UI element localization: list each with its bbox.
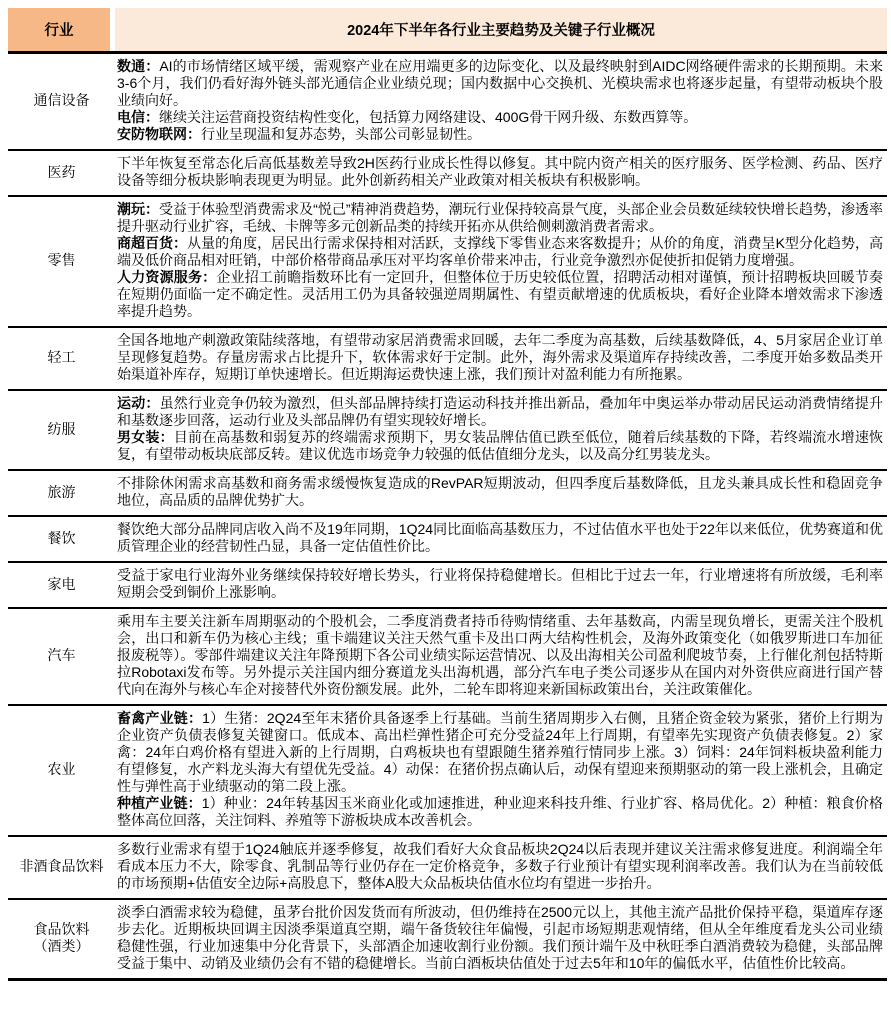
industry-label: 旅游 — [8, 474, 115, 510]
industry-overview-cell: 数通：AI的市场情绪区域平缓，需观察产业在应用端更多的边际变化、以及最终映射到A… — [115, 57, 887, 144]
subsector-label: 电信： — [117, 109, 159, 125]
industry-label: 纺服 — [8, 394, 115, 464]
subsector-label: 潮玩： — [117, 201, 159, 217]
subsector-label: 人力资源服务： — [117, 269, 216, 285]
trend-paragraph: 安防物联网：行业呈现温和复苏态势，头部公司彰显韧性。 — [117, 126, 883, 143]
table-row: 零售 潮玩：受益于体验型消费需求及“悦己”精神消费趋势，潮玩行业保持较高景气度，… — [8, 197, 887, 328]
trend-paragraph: 男女装：目前在高基数和弱复苏的终端需求预期下，男女装品牌估值已跌至低位，随着后续… — [117, 429, 883, 463]
subsector-label: 男女装： — [117, 429, 174, 445]
trend-paragraph: 餐饮绝大部分品牌同店收入尚不及19年同期，1Q24同比面临高基数压力，不过估值水… — [117, 521, 883, 555]
industry-overview-cell: 潮玩：受益于体验型消费需求及“悦己”精神消费趋势，潮玩行业保持较高景气度，头部企… — [115, 200, 887, 321]
industry-label: 通信设备 — [8, 57, 115, 144]
industry-label: 汽车 — [8, 612, 115, 699]
industry-overview-cell: 运动：虽然行业竞争仍较为激烈，但头部品牌持续打造运动科技并推出新品，叠加年中奥运… — [115, 394, 887, 464]
industry-overview-cell: 全国各地地产刺激政策陆续落地，有望带动家居消费需求回暖，去年二季度为高基数，后续… — [115, 331, 887, 384]
industry-overview-cell: 多数行业需求有望于1Q24触底并逐季修复，故我们看好大众食品板块2Q24以后表现… — [115, 840, 887, 893]
trend-paragraph: 数通：AI的市场情绪区域平缓，需观察产业在应用端更多的边际变化、以及最终映射到A… — [117, 58, 883, 109]
industry-overview-cell: 受益于家电行业海外业务继续保持较好增长势头，行业将保持稳健增长。但相比于过去一年… — [115, 566, 887, 602]
trend-paragraph: 不排除休闲需求高基数和商务需求缓慢恢复造成的RevPAR短期波动，但四季度后基数… — [117, 475, 883, 509]
trend-paragraph: 受益于家电行业海外业务继续保持较好增长势头，行业将保持稳健增长。但相比于过去一年… — [117, 567, 883, 601]
trend-paragraph: 全国各地地产刺激政策陆续落地，有望带动家居消费需求回暖，去年二季度为高基数，后续… — [117, 332, 883, 383]
report-page: 行业 2024年下半年各行业主要趋势及关键子行业概况 通信设备 数通：AI的市场… — [0, 0, 891, 987]
table-row: 食品饮料 （酒类） 淡季白酒需求较为稳健，虽茅台批价因发货而有所波动，但仍维持在… — [8, 900, 887, 981]
industry-overview-cell: 下半年恢复至常态化后高低基数差导致2H医药行业成长性得以修复。其中院内资产相关的… — [115, 154, 887, 190]
industry-overview-cell: 不排除休闲需求高基数和商务需求缓慢恢复造成的RevPAR短期波动，但四季度后基数… — [115, 474, 887, 510]
trend-paragraph: 畜禽产业链：1）生猪：2Q24至年末猪价具备逐季上行基础。当前生猪周期步入右侧，… — [117, 710, 883, 795]
subsector-label: 运动： — [117, 395, 160, 411]
table-row: 餐饮 餐饮绝大部分品牌同店收入尚不及19年同期，1Q24同比面临高基数压力，不过… — [8, 517, 887, 563]
table-row: 汽车 乘用车主要关注新车周期驱动的个股机会，二季度消费者持币待购情绪重、去年基数… — [8, 609, 887, 706]
industry-overview-cell: 淡季白酒需求较为稳健，虽茅台批价因发货而有所波动，但仍维持在2500元以上，其他… — [115, 903, 887, 973]
industry-label: 农业 — [8, 709, 115, 830]
subsector-label: 畜禽产业链： — [117, 710, 202, 726]
table-row: 通信设备 数通：AI的市场情绪区域平缓，需观察产业在应用端更多的边际变化、以及最… — [8, 54, 887, 151]
trend-paragraph: 潮玩：受益于体验型消费需求及“悦己”精神消费趋势，潮玩行业保持较高景气度，头部企… — [117, 201, 883, 235]
industry-label: 家电 — [8, 566, 115, 602]
table-row: 农业 畜禽产业链：1）生猪：2Q24至年末猪价具备逐季上行基础。当前生猪周期步入… — [8, 706, 887, 837]
trend-paragraph: 种植产业链：1）种业：24年转基因玉米商业化或加速推进，种业迎来科技升维、行业扩… — [117, 795, 883, 829]
industry-overview-cell: 乘用车主要关注新车周期驱动的个股机会，二季度消费者持币待购情绪重、去年基数高，内… — [115, 612, 887, 699]
table-body: 通信设备 数通：AI的市场情绪区域平缓，需观察产业在应用端更多的边际变化、以及最… — [8, 54, 887, 981]
table-header-row: 行业 2024年下半年各行业主要趋势及关键子行业概况 — [8, 8, 887, 54]
table-row: 非酒食品饮料 多数行业需求有望于1Q24触底并逐季修复，故我们看好大众食品板块2… — [8, 837, 887, 900]
header-industry-cell: 行业 — [8, 8, 110, 51]
subsector-label: 数通： — [117, 58, 159, 74]
header-overview-cell: 2024年下半年各行业主要趋势及关键子行业概况 — [115, 8, 887, 51]
industry-label: 医药 — [8, 154, 115, 190]
trend-paragraph: 运动：虽然行业竞争仍较为激烈，但头部品牌持续打造运动科技并推出新品，叠加年中奥运… — [117, 395, 883, 429]
table-row: 旅游 不排除休闲需求高基数和商务需求缓慢恢复造成的RevPAR短期波动，但四季度… — [8, 471, 887, 517]
trend-paragraph: 电信：继续关注运营商投资结构性变化，包括算力网络建设、400G骨干网升级、东数西… — [117, 109, 883, 126]
table-row: 纺服 运动：虽然行业竞争仍较为激烈，但头部品牌持续打造运动科技并推出新品，叠加年… — [8, 391, 887, 471]
industry-label: 餐饮 — [8, 520, 115, 556]
industry-label: 轻工 — [8, 331, 115, 384]
trend-paragraph: 商超百货：从量的角度，居民出行需求保持相对活跃，支撑线下零售业态来客数提升；从价… — [117, 235, 883, 269]
trend-paragraph: 乘用车主要关注新车周期驱动的个股机会，二季度消费者持币待购情绪重、去年基数高，内… — [117, 613, 883, 698]
industry-overview-cell: 餐饮绝大部分品牌同店收入尚不及19年同期，1Q24同比面临高基数压力，不过估值水… — [115, 520, 887, 556]
trend-paragraph: 多数行业需求有望于1Q24触底并逐季修复，故我们看好大众食品板块2Q24以后表现… — [117, 841, 883, 892]
trend-paragraph: 淡季白酒需求较为稳健，虽茅台批价因发货而有所波动，但仍维持在2500元以上，其他… — [117, 904, 883, 972]
industry-label: 零售 — [8, 200, 115, 321]
table-row: 家电 受益于家电行业海外业务继续保持较好增长势头，行业将保持稳健增长。但相比于过… — [8, 563, 887, 609]
industry-overview-cell: 畜禽产业链：1）生猪：2Q24至年末猪价具备逐季上行基础。当前生猪周期步入右侧，… — [115, 709, 887, 830]
industry-trends-table: 行业 2024年下半年各行业主要趋势及关键子行业概况 通信设备 数通：AI的市场… — [8, 8, 887, 981]
trend-paragraph: 人力资源服务：企业招工前瞻指数环比有一定回升，但整体位于历史较低位置，招聘活动相… — [117, 269, 883, 320]
trend-paragraph: 下半年恢复至常态化后高低基数差导致2H医药行业成长性得以修复。其中院内资产相关的… — [117, 155, 883, 189]
subsector-label: 商超百货： — [117, 235, 187, 251]
industry-label: 食品饮料 （酒类） — [8, 903, 115, 973]
subsector-label: 种植产业链： — [117, 795, 202, 811]
table-row: 医药 下半年恢复至常态化后高低基数差导致2H医药行业成长性得以修复。其中院内资产… — [8, 151, 887, 197]
subsector-label: 安防物联网： — [117, 126, 201, 142]
table-row: 轻工 全国各地地产刺激政策陆续落地，有望带动家居消费需求回暖，去年二季度为高基数… — [8, 328, 887, 391]
industry-label: 非酒食品饮料 — [8, 840, 115, 893]
